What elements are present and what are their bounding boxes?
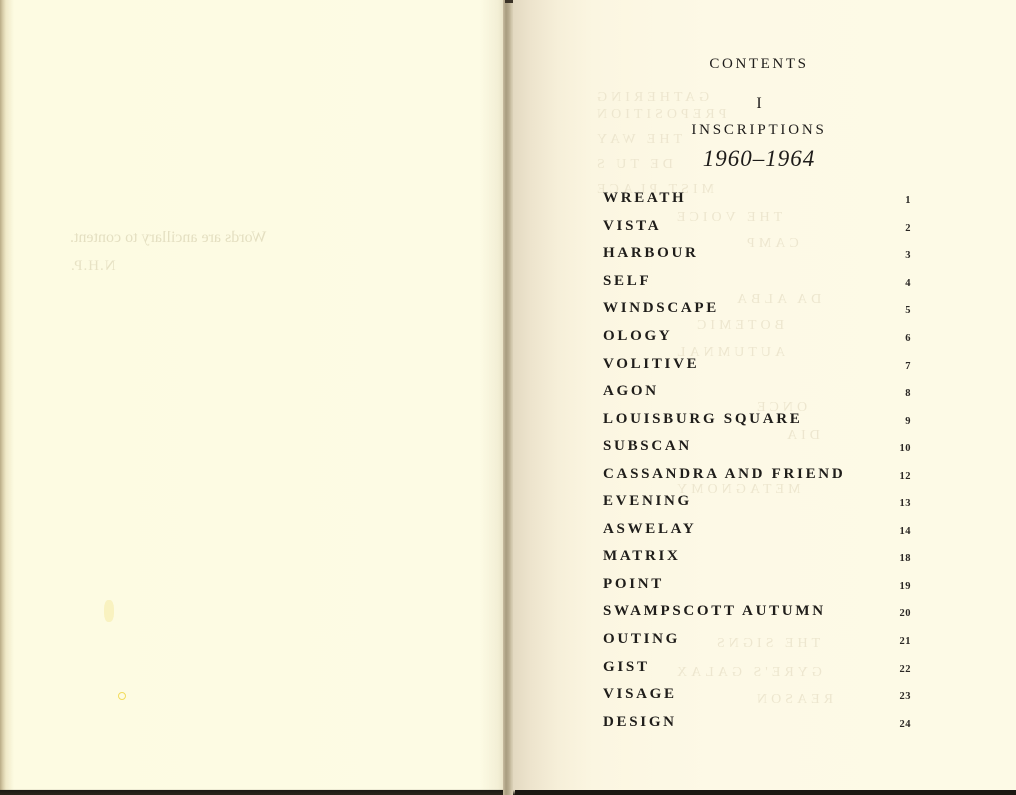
entry-title: EVENING [603,493,692,510]
toc-entry: CASSANDRA AND FRIEND12 [603,460,911,488]
entry-page-number: 7 [895,361,911,372]
entry-page-number: 14 [895,526,911,537]
entry-title: VISAGE [603,686,677,703]
entry-title: DESIGN [603,714,677,731]
toc-entry: VOLITIVE7 [603,350,911,378]
epigraph-showthrough: Words are ancillary to content. [70,229,266,247]
entry-title: MATRIX [603,548,681,565]
book-spread: Words are ancillary to content. N.H.P. G… [0,0,1016,795]
section-years: 1960–1964 [603,146,915,172]
entry-page-number: 24 [895,719,911,730]
entry-page-number: 23 [895,691,911,702]
toc-entry: HARBOUR3 [603,240,911,268]
entry-page-number: 12 [895,471,911,482]
toc-entry: POINT19 [603,571,911,599]
toc-entry: AGON8 [603,378,911,406]
entry-title: SELF [603,273,651,290]
entry-title: VOLITIVE [603,356,699,373]
entry-title: ASWELAY [603,521,696,538]
entry-page-number: 20 [895,608,911,619]
entry-page-number: 2 [895,223,911,234]
left-page: Words are ancillary to content. N.H.P. [0,0,505,790]
toc-entry: SELF4 [603,268,911,296]
entry-title: LOUISBURG SQUARE [603,411,802,428]
entry-title: GIST [603,659,650,676]
toc-entry: WREATH1 [603,185,911,213]
epigraph-initials-showthrough: N.H.P. [70,258,116,275]
entry-title: POINT [603,576,664,593]
toc-entry: EVENING13 [603,488,911,516]
entry-page-number: 1 [895,195,911,206]
entry-title: HARBOUR [603,245,699,262]
right-page-bottom-edge [513,790,1016,795]
entry-page-number: 22 [895,664,911,675]
entry-title: WREATH [603,190,686,207]
toc-entry-list: WREATH1 VISTA2 HARBOUR3 SELF4 WINDSCAPE5… [603,185,911,736]
entry-title: OUTING [603,631,680,648]
toc-entry: SUBSCAN10 [603,433,911,461]
entry-title: OLOGY [603,328,672,345]
entry-title: VISTA [603,218,661,235]
toc-entry: ASWELAY14 [603,516,911,544]
toc-entry: VISTA2 [603,213,911,241]
entry-page-number: 18 [895,553,911,564]
paper-stain [104,600,114,622]
toc-entry: SWAMPSCOTT AUTUMN20 [603,598,911,626]
paper-stain-ring [118,692,126,700]
entry-page-number: 3 [895,250,911,261]
entry-page-number: 6 [895,333,911,344]
entry-page-number: 8 [895,388,911,399]
entry-title: SWAMPSCOTT AUTUMN [603,603,826,620]
entry-page-number: 13 [895,498,911,509]
entry-title: SUBSCAN [603,438,692,455]
toc-entry: DESIGN24 [603,708,911,736]
toc-entry: OUTING21 [603,626,911,654]
entry-page-number: 19 [895,581,911,592]
toc-entry: WINDSCAPE5 [603,295,911,323]
entry-page-number: 4 [895,278,911,289]
entry-title: AGON [603,383,659,400]
entry-title: WINDSCAPE [603,300,719,317]
toc-entry: LOUISBURG SQUARE9 [603,405,911,433]
part-numeral: I [603,95,915,113]
entry-page-number: 10 [895,443,911,454]
contents-heading: CONTENTS [603,56,915,73]
toc-entry: GIST22 [603,653,911,681]
entry-page-number: 21 [895,636,911,647]
toc-entry: OLOGY6 [603,323,911,351]
toc-entry: VISAGE23 [603,681,911,709]
entry-title: CASSANDRA AND FRIEND [603,466,845,483]
entry-page-number: 9 [895,416,911,427]
left-page-bottom-edge [0,789,505,795]
section-title: INSCRIPTIONS [603,122,915,139]
entry-page-number: 5 [895,305,911,316]
toc-entry: MATRIX18 [603,543,911,571]
